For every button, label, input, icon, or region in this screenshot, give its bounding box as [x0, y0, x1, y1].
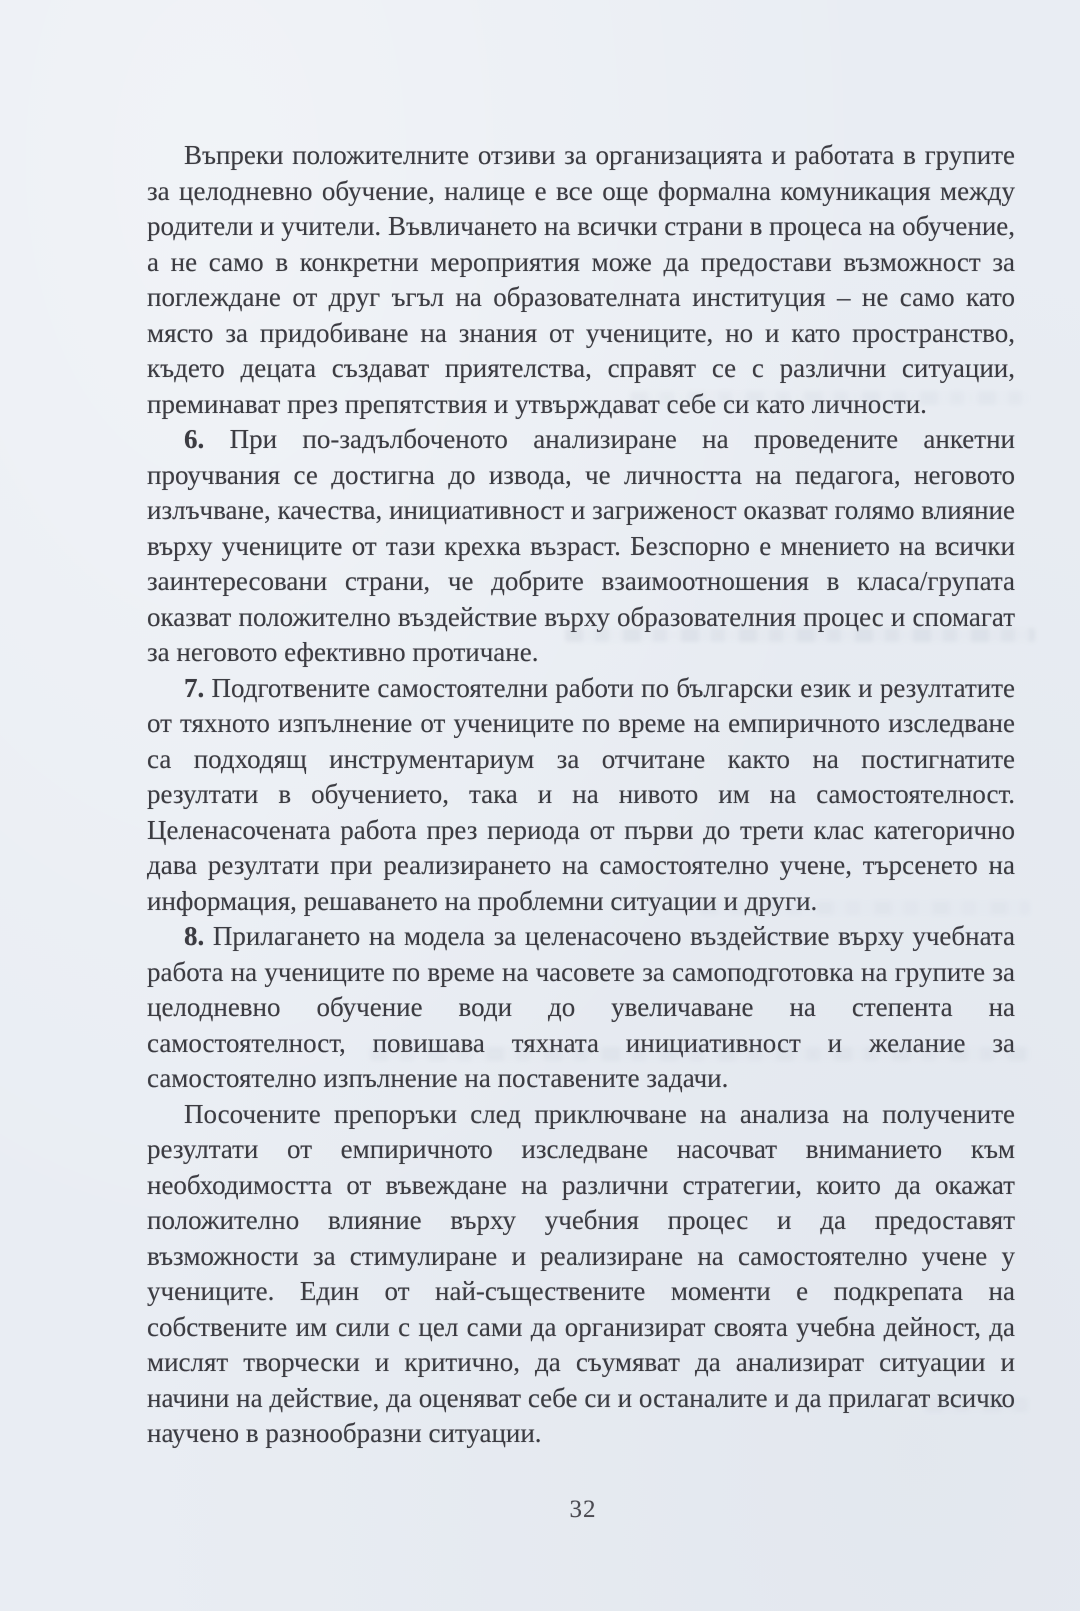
- body-text: Въпреки положителните отзиви за организа…: [147, 138, 1015, 1452]
- paragraph: 7. Подготвените самостоятелни работи по …: [147, 671, 1015, 920]
- scan-artifact: [565, 628, 1035, 642]
- paragraph-number: 7.: [184, 673, 204, 703]
- paragraph-number: 6.: [184, 424, 204, 454]
- paragraph-text: Прилагането на модела за целенасочено въ…: [147, 921, 1015, 1093]
- document-page: Въпреки положителните отзиви за организа…: [0, 0, 1080, 1611]
- paragraph-text: Въпреки положителните отзиви за организа…: [147, 140, 1015, 419]
- scan-artifact: [630, 391, 1030, 405]
- page-number: 32: [570, 1496, 597, 1524]
- paragraph-text: Подготвените самостоятелни работи по бъл…: [147, 673, 1015, 916]
- paragraph: Посочените препоръки след приключване на…: [147, 1097, 1015, 1452]
- scan-artifact: [370, 1047, 1030, 1061]
- paragraph: Въпреки положителните отзиви за организа…: [147, 138, 1015, 422]
- paragraph: 8. Прилагането на модела за целенасочено…: [147, 919, 1015, 1097]
- paragraph-text: Посочените препоръки след приключване на…: [147, 1099, 1015, 1449]
- scan-artifact: [700, 901, 1030, 915]
- paragraph-number: 8.: [184, 921, 204, 951]
- scan-artifact: [925, 1398, 1030, 1412]
